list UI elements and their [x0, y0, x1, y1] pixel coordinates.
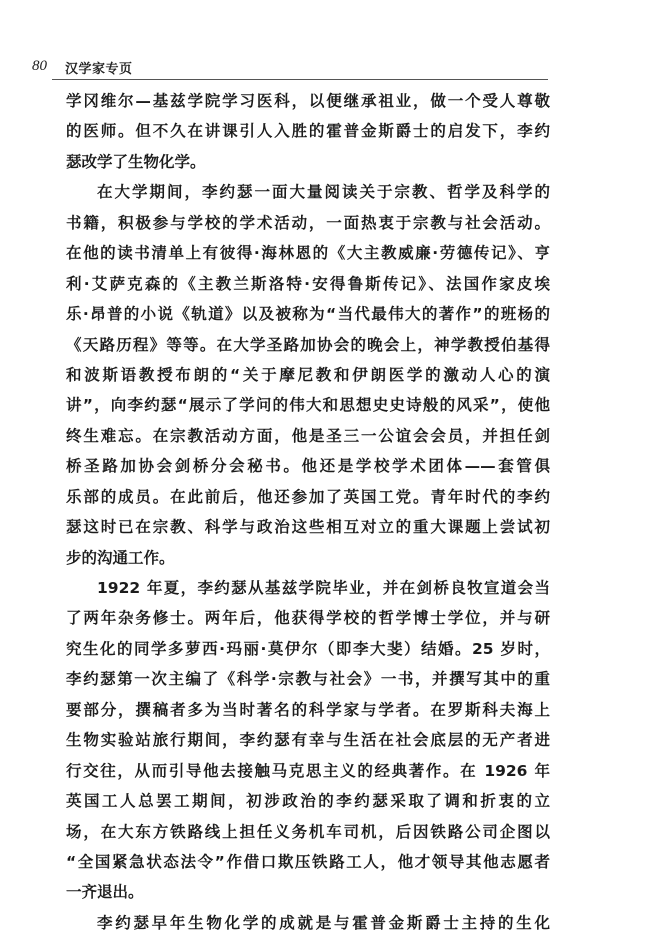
running-title: 汉学家专页 — [65, 58, 133, 77]
text-line: 生物实验站旅行期间，李约瑟有幸与生活在社会底层的无产者进 — [66, 725, 550, 755]
text-line: 行交往，从而引导他去接触马克思主义的经典著作。在 1926 年 — [66, 756, 550, 786]
body-text: 学冈维尔—基兹学院学习医科，以便继承祖业，做一个受人尊敬的医师。但不久在讲课引人… — [66, 86, 550, 931]
text-line: 步的沟通工作。 — [66, 543, 550, 573]
text-line: 讲”，向李约瑟“展示了学问的伟大和思想史史诗般的风采”，使他 — [66, 390, 550, 420]
text-line: 李约瑟早年生物化学的成就是与霍普金斯爵士主持的生化 — [66, 908, 550, 931]
text-line: 一齐退出。 — [66, 877, 550, 907]
text-line: 瑟这时已在宗教、科学与政治这些相互对立的重大课题上尝试初 — [66, 512, 550, 542]
text-line: 英国工人总罢工期间，初涉政治的李约瑟采取了调和折衷的立 — [66, 786, 550, 816]
text-line: 学冈维尔—基兹学院学习医科，以便继承祖业，做一个受人尊敬 — [66, 86, 550, 116]
text-line: 李约瑟第一次主编了《科学·宗教与社会》一书，并撰写其中的重 — [66, 664, 550, 694]
text-line: 究生化的同学多萝西·玛丽·莫伊尔（即李大斐）结婚。25 岁时， — [66, 634, 550, 664]
text-line: 了两年杂务修士。两年后，他获得学校的哲学博士学位，并与研 — [66, 603, 550, 633]
text-line: 的医师。但不久在讲课引人入胜的霍普金斯爵士的启发下，李约 — [66, 116, 550, 146]
text-line: 书籍，积极参与学校的学术活动，一面热衷于宗教与社会活动。 — [66, 208, 550, 238]
text-line: 桥圣路加协会剑桥分会秘书。他还是学校学术团体——套管俱 — [66, 451, 550, 481]
text-line: 《天路历程》等等。在大学圣路加协会的晚会上，神学教授伯基得 — [66, 330, 550, 360]
header-rule — [52, 79, 548, 80]
text-line: 在他的读书清单上有彼得·海林恩的《大主教威廉·劳德传记》、亨 — [66, 238, 550, 268]
text-line: 乐·昂普的小说《轨道》以及被称为“当代最伟大的著作”的班杨的 — [66, 299, 550, 329]
text-line: 乐部的成员。在此前后，他还参加了英国工党。青年时代的李约 — [66, 482, 550, 512]
text-line: 利·艾萨克森的《主教兰斯洛特·安得鲁斯传记》、法国作家皮埃 — [66, 269, 550, 299]
text-line: 1922 年夏，李约瑟从基兹学院毕业，并在剑桥良牧宣道会当 — [66, 573, 550, 603]
text-line: 在大学期间，李约瑟一面大量阅读关于宗教、哲学及科学的 — [66, 177, 550, 207]
text-line: 场，在大东方铁路线上担任义务机车司机，后因铁路公司企图以 — [66, 817, 550, 847]
text-line: 终生难忘。在宗教活动方面，他是圣三一公谊会会员，并担任剑 — [66, 421, 550, 451]
text-line: “全国紧急状态法令”作借口欺压铁路工人，他才领导其他志愿者 — [66, 847, 550, 877]
page-header: 80 汉学家专页 — [32, 58, 548, 80]
text-line: 和波斯语教授布朗的“关于摩尼教和伊朗医学的激动人心的演 — [66, 360, 550, 390]
text-line: 要部分，撰稿者多为当时著名的科学家与学者。在罗斯科夫海上 — [66, 695, 550, 725]
text-line: 瑟改学了生物化学。 — [66, 147, 550, 177]
page-number: 80 — [32, 58, 47, 75]
